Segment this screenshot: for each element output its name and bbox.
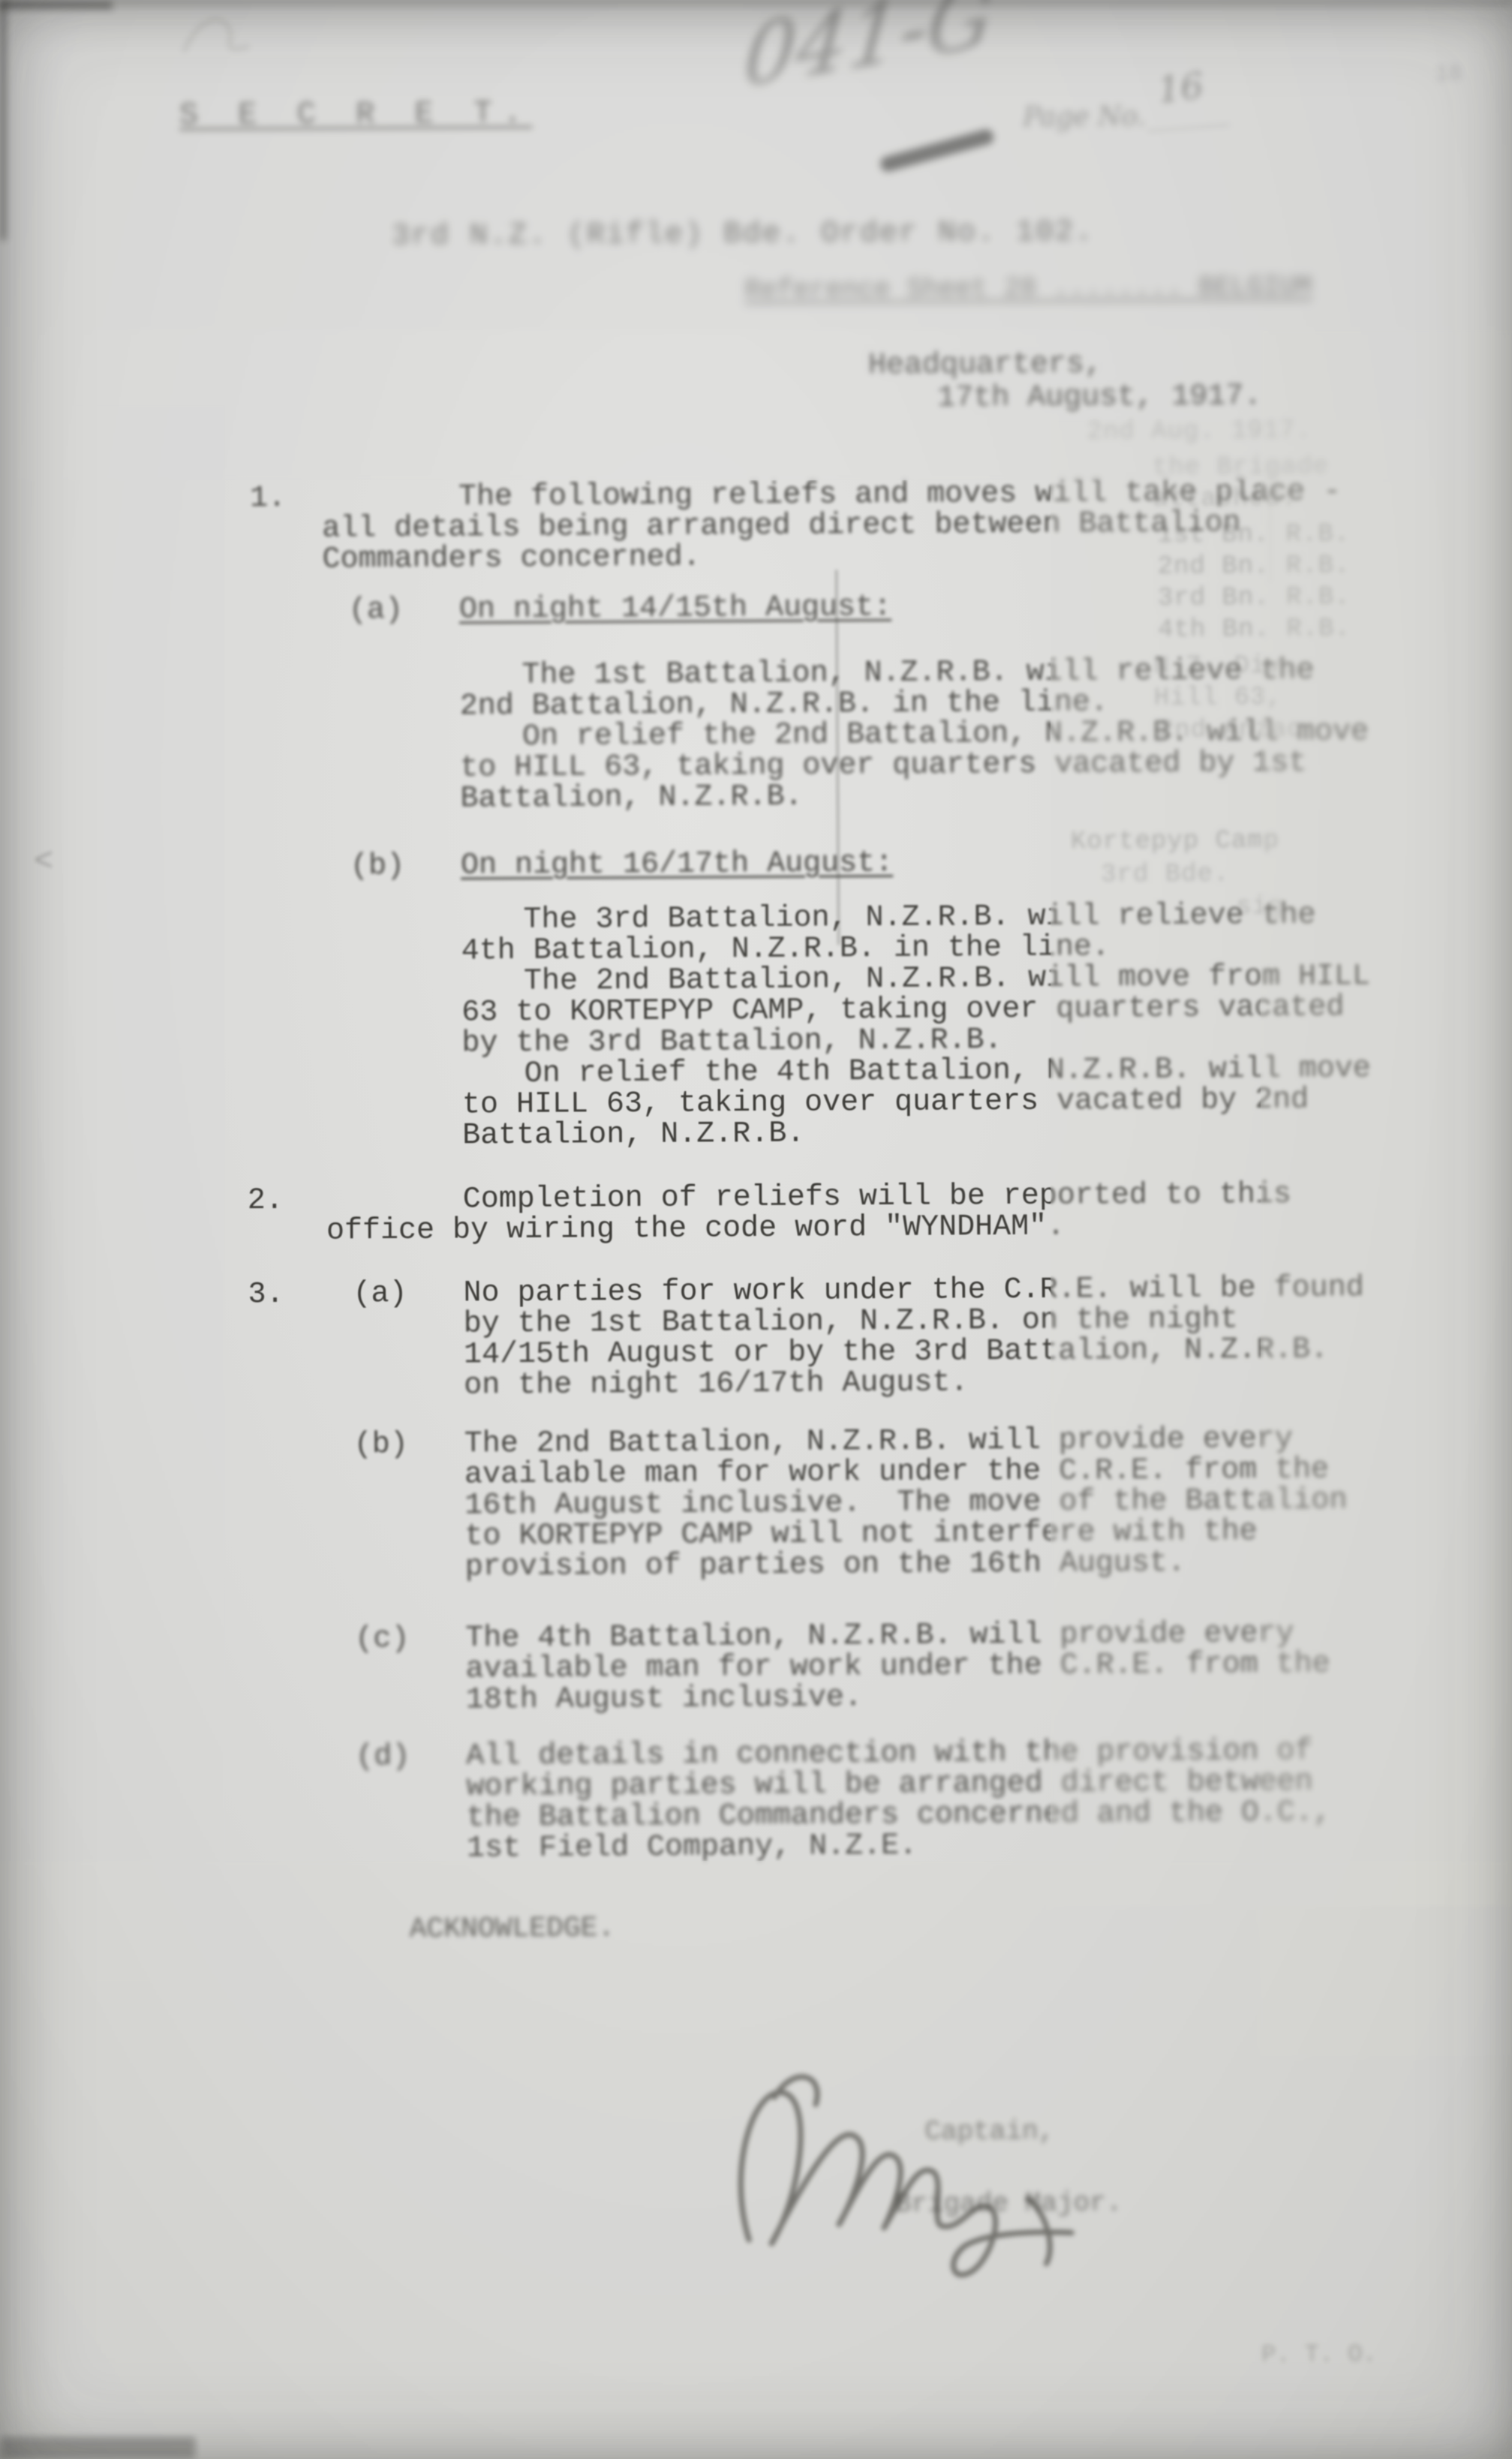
page-number-value: 16 xyxy=(1156,70,1205,106)
ghost-line: 3rd Bn. R.B. xyxy=(1158,585,1351,612)
text-line: available man for work under the C.R.E. … xyxy=(465,1649,1330,1685)
text-line: to HILL 63, taking over quarters vacated… xyxy=(460,748,1306,785)
scan-edge-left xyxy=(0,0,6,240)
pencil-smudge xyxy=(879,128,995,173)
signature-rank: Captain, xyxy=(924,2116,1054,2148)
text-line: 18th August inclusive. xyxy=(466,1682,862,1716)
subparagraph-label: (b) xyxy=(350,851,404,882)
document-scan-page: S E C R E T. 041-G Page No. 16 18 3rd N.… xyxy=(0,0,1512,2459)
page-number-label: Page No. xyxy=(1023,101,1146,134)
ghost-line: Kortepyp Camp xyxy=(1071,828,1279,855)
text-line: 1st Field Company, N.Z.E. xyxy=(467,1831,917,1865)
ghost-line: 3rd Bde. xyxy=(1101,861,1229,888)
signature-title: Brigade Major. xyxy=(895,2187,1123,2220)
text-line: provision of parties on the 16th August. xyxy=(465,1548,1186,1584)
ghost-line: Hill 63, xyxy=(1154,685,1282,711)
ghost-line: 2nd Bn. R.B. xyxy=(1158,553,1351,580)
scan-edge-top xyxy=(113,0,1512,5)
reference-underlined-line: Reference Sheet 28 ........ BELGIUM xyxy=(744,271,1312,306)
text-line: to HILL 63, taking over quarters vacated… xyxy=(462,1084,1309,1121)
scan-edge-top-left xyxy=(0,0,113,9)
page-number-underline xyxy=(1147,123,1230,132)
classification-stamp: S E C R E T. xyxy=(179,98,533,131)
text-line: office by wiring the code word "WYNDHAM"… xyxy=(326,1211,1065,1247)
ghost-line: 4th Bn. R.B. xyxy=(1158,616,1351,643)
corner-pencil-mark: 18 xyxy=(1435,59,1462,90)
text-line: Battalion, N.Z.R.B. xyxy=(460,782,802,816)
text-line: Battalion, N.Z.R.B. xyxy=(462,1119,804,1153)
subparagraph-label: (a) xyxy=(353,1279,407,1310)
scan-edge-bottom-left xyxy=(0,2437,195,2459)
subparagraph-label: (a) xyxy=(349,595,403,627)
page-turn-mark: P. T. O. xyxy=(1261,2339,1377,2371)
paragraph-number: 1. xyxy=(250,483,286,515)
text-line: all details being arranged direct betwee… xyxy=(322,508,1240,545)
margin-check-mark: < xyxy=(34,846,54,878)
text-line: on the night 16/17th August. xyxy=(464,1367,968,1402)
headquarters-line: Headquarters, xyxy=(868,349,1102,382)
handwritten-file-reference: 041-G xyxy=(744,0,994,73)
paragraph-number: 2. xyxy=(248,1186,284,1217)
handwritten-signature xyxy=(703,2050,1185,2278)
text-line: The 3rd Battalion, N.Z.R.B. will relieve… xyxy=(523,900,1315,936)
date-line: 17th August, 1917. xyxy=(937,381,1261,415)
subparagraph-label: (d) xyxy=(356,1742,410,1773)
typed-content: S E C R E T. 041-G Page No. 16 18 3rd N.… xyxy=(0,0,1512,2459)
ghost-line: 2nd Aug. 1917. xyxy=(1087,418,1312,445)
text-line: Commanders concerned. xyxy=(322,542,700,576)
paragraph-number: 3. xyxy=(248,1279,284,1311)
subparagraph-label: (c) xyxy=(355,1624,409,1655)
subparagraph-heading: On night 16/17th August: xyxy=(461,848,893,882)
text-line: The 1st Battalion, N.Z.R.B. will relieve… xyxy=(522,655,1314,691)
order-title-line: 3rd N.Z. (Rifle) Bde. Order No. 102. xyxy=(392,217,1094,253)
subparagraph-heading: On night 14/15th August: xyxy=(459,592,891,627)
subparagraph-label: (b) xyxy=(354,1429,408,1461)
pencil-scribble xyxy=(176,9,266,62)
acknowledge-line: ACKNOWLEDGE. xyxy=(410,1913,615,1946)
